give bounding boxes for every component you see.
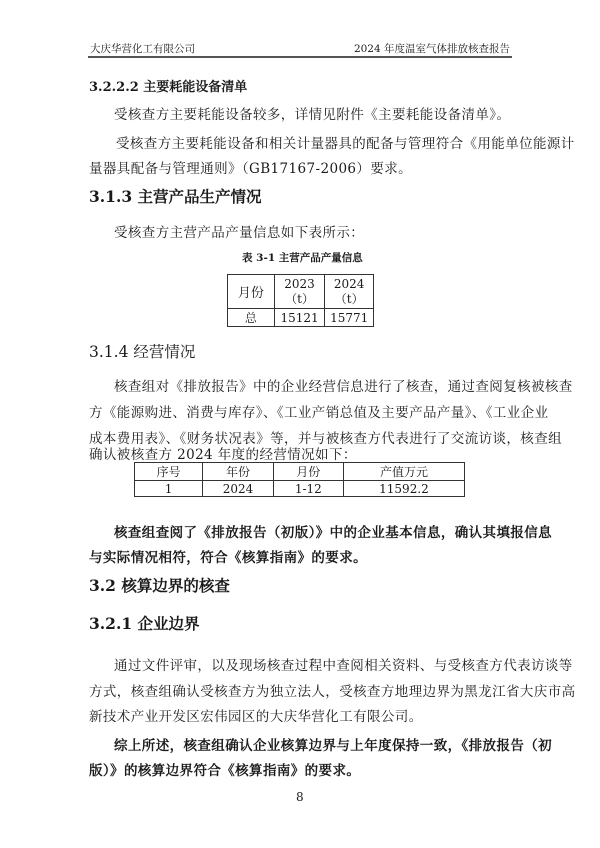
header-company: 大庆华营化工有限公司 bbox=[90, 41, 195, 56]
paragraph: 通过文件评审，以及现场核查过程中查阅相关资料、与受核查方代表访谈等 bbox=[114, 654, 573, 674]
table-header-cell: 月份 bbox=[273, 463, 343, 481]
heading-3-2: 3.2 核算边界的核查 bbox=[89, 574, 230, 596]
table-cell: 15771 bbox=[325, 309, 374, 327]
paragraph: 综上所述，核查组确认企业核算边界与上年度保持一致，《排放报告（初 bbox=[114, 734, 552, 754]
heading-3-1-3: 3.1.3 主营产品生产情况 bbox=[89, 185, 262, 207]
paragraph: 版）》的核算边界符合《核算指南》的要求。 bbox=[89, 759, 360, 779]
heading-3-2-1: 3.2.1 企业边界 bbox=[89, 612, 200, 634]
table-header-cell: 2024 （t） bbox=[325, 275, 374, 309]
page-number: 8 bbox=[296, 790, 304, 804]
page-header: 大庆华营化工有限公司 2024 年度温室气体排放核查报告 bbox=[88, 38, 512, 58]
paragraph: 核查组查阅了《排放报告（初版）》中的企业基本信息，确认其填报信息 bbox=[114, 521, 552, 541]
paragraph: 量器具配备与管理通则》（GB17167-2006）要求。 bbox=[89, 157, 412, 177]
table-cell: 11592.2 bbox=[343, 481, 464, 497]
table-row: 1 2024 1-12 11592.2 bbox=[135, 481, 465, 497]
table-cell: 1 bbox=[135, 481, 203, 497]
heading-3-2-2-2: 3.2.2.2 主要耗能设备清单 bbox=[89, 76, 247, 95]
paragraph: 核查组对《排放报告》中的企业经营信息进行了核查，通过查阅复核被核查 bbox=[114, 375, 573, 395]
table-header-cell: 月份 bbox=[228, 275, 275, 309]
table-cell: 2024 bbox=[203, 481, 273, 497]
year-label: 2023 bbox=[275, 277, 325, 292]
header-report-title: 2024 年度温室气体排放核查报告 bbox=[354, 41, 510, 56]
table-cell: 15121 bbox=[274, 309, 325, 327]
business-info-table: 序号 年份 月份 产值万元 1 2024 1-12 11592.2 bbox=[134, 462, 465, 497]
paragraph: 新技术产业开发区宏伟园区的大庆华营化工有限公司。 bbox=[89, 705, 423, 725]
paragraph: 与实际情况相符，符合《核算指南》的要求。 bbox=[89, 546, 367, 566]
paragraph: 受核查方主要耗能设备和相关计量器具的配备与管理符合《用能单位能源计 bbox=[116, 132, 575, 152]
unit-label: （t） bbox=[325, 292, 373, 307]
table-header-cell: 产值万元 bbox=[343, 463, 464, 481]
unit-label: （t） bbox=[275, 292, 325, 307]
table-header-cell: 2023 （t） bbox=[274, 275, 325, 309]
paragraph: 方《能源购进、消费与库存》、《工业产销总值及主要产品产量》、《工业企业 bbox=[89, 401, 549, 421]
paragraph: 方式，核查组确认受核查方为独立法人，受核查方地理边界为黑龙江省大庆市高 bbox=[89, 680, 576, 700]
product-output-table: 月份 2023 （t） 2024 （t） 总 15121 15771 bbox=[227, 274, 374, 327]
table-header-cell: 年份 bbox=[203, 463, 273, 481]
table-header-cell: 序号 bbox=[135, 463, 203, 481]
table-cell: 1-12 bbox=[273, 481, 343, 497]
year-label: 2024 bbox=[325, 277, 373, 292]
paragraph: 确认被核查方 2024 年度的经营情况如下： bbox=[89, 443, 357, 463]
table-row: 总 15121 15771 bbox=[228, 309, 374, 327]
paragraph: 受核查方主营产品产量信息如下表所示： bbox=[114, 221, 364, 241]
table-cell: 总 bbox=[228, 309, 275, 327]
heading-3-1-4: 3.1.4 经营情况 bbox=[89, 340, 195, 362]
table-caption: 表 3-1 主营产品产量信息 bbox=[242, 250, 363, 265]
paragraph: 受核查方主要耗能设备较多，详情见附件《主要耗能设备清单》。 bbox=[114, 103, 510, 123]
